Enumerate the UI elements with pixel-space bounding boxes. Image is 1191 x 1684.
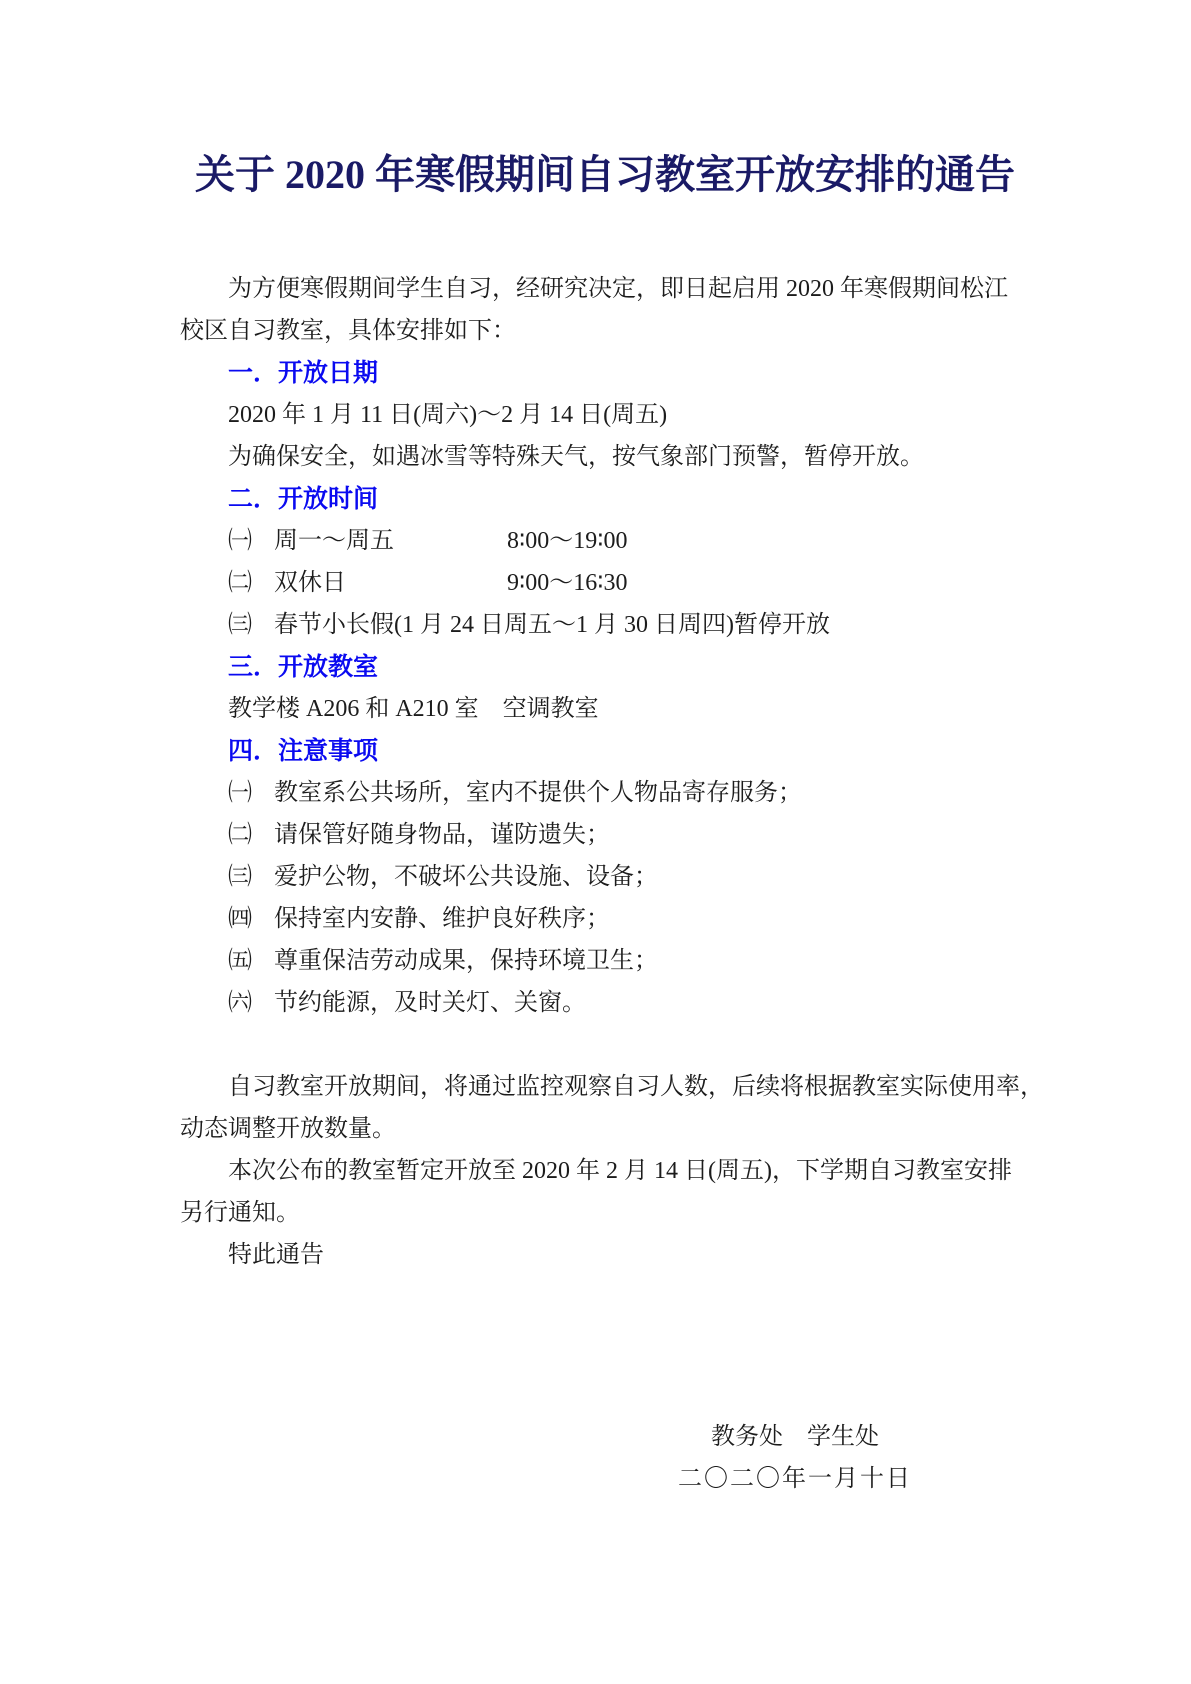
item-marker: ㈣	[228, 898, 274, 940]
hours-label: 周一～周五	[274, 520, 507, 562]
note-item-6: ㈥ 节约能源，及时关灯、关窗。	[180, 982, 1030, 1024]
section-heading-notes: 四．注意事项	[180, 730, 1030, 772]
item-marker: ㈡	[228, 814, 274, 856]
signature-departments: 教务处 学生处	[678, 1416, 912, 1458]
item-marker: ㈡	[228, 562, 274, 604]
page-title: 关于 2020 年寒假期间自习教室开放安排的通告	[180, 0, 1030, 204]
hours-time: 8∶00～19∶00	[507, 520, 628, 562]
note-item-5: ㈤ 尊重保洁劳动成果，保持环境卫生；	[180, 940, 1030, 982]
intro-line-2: 校区自习教室，具体安排如下：	[180, 310, 1030, 352]
item-marker: ㈠	[228, 520, 274, 562]
section-heading-open-rooms: 三．开放教室	[180, 646, 1030, 688]
blank-line	[180, 1024, 1030, 1066]
note-item-2: ㈡ 请保管好随身物品，谨防遗失；	[180, 814, 1030, 856]
signature-date: 二〇二〇年一月十日	[678, 1458, 912, 1500]
open-date-range: 2020 年 1 月 11 日(周六)～2 月 14 日(周五)	[180, 394, 1030, 436]
intro-line-1: 为方便寒假期间学生自习，经研究决定，即日起启用 2020 年寒假期间松江	[180, 268, 1030, 310]
hours-time: 9∶00～16∶30	[507, 562, 628, 604]
note-item-4: ㈣ 保持室内安静、维护良好秩序；	[180, 898, 1030, 940]
note-text: 节约能源，及时关灯、关窗。	[274, 982, 1030, 1024]
weather-safety-note: 为确保安全，如遇冰雪等特殊天气，按气象部门预警，暂停开放。	[180, 436, 1030, 478]
note-text: 尊重保洁劳动成果，保持环境卫生；	[274, 940, 1030, 982]
note-text: 请保管好随身物品，谨防遗失；	[274, 814, 1030, 856]
item-marker: ㈤	[228, 940, 274, 982]
note-text: 爱护公物，不破坏公共设施、设备；	[274, 856, 1030, 898]
closing-line-2: 动态调整开放数量。	[180, 1108, 1030, 1150]
section-heading-open-dates: 一．开放日期	[180, 352, 1030, 394]
hours-label: 春节小长假(1 月 24 日周五～1 月 30 日周四)暂停开放	[274, 604, 1030, 646]
closing-line-3: 本次公布的教室暂定开放至 2020 年 2 月 14 日(周五)，下学期自习教室…	[180, 1150, 1030, 1192]
item-marker: ㈢	[228, 856, 274, 898]
hours-item-weekends: ㈡ 双休日 9∶00～16∶30	[180, 562, 1030, 604]
note-item-3: ㈢ 爱护公物，不破坏公共设施、设备；	[180, 856, 1030, 898]
closing-line-1: 自习教室开放期间，将通过监控观察自习人数，后续将根据教室实际使用率，	[180, 1066, 1030, 1108]
note-text: 教室系公共场所，室内不提供个人物品寄存服务；	[274, 772, 1030, 814]
section-heading-open-hours: 二．开放时间	[180, 478, 1030, 520]
item-marker: ㈢	[228, 604, 274, 646]
notice-document: 关于 2020 年寒假期间自习教室开放安排的通告 为方便寒假期间学生自习，经研究…	[180, 0, 1030, 1500]
hours-label: 双休日	[274, 562, 507, 604]
note-text: 保持室内安静、维护良好秩序；	[274, 898, 1030, 940]
closing-line-4: 另行通知。	[180, 1192, 1030, 1234]
item-marker: ㈠	[228, 772, 274, 814]
notice-body: 为方便寒假期间学生自习，经研究决定，即日起启用 2020 年寒假期间松江 校区自…	[180, 268, 1030, 1276]
open-rooms-detail: 教学楼 A206 和 A210 室 空调教室	[180, 688, 1030, 730]
hours-item-spring-festival: ㈢ 春节小长假(1 月 24 日周五～1 月 30 日周四)暂停开放	[180, 604, 1030, 646]
closing-statement: 特此通告	[180, 1234, 1030, 1276]
note-item-1: ㈠ 教室系公共场所，室内不提供个人物品寄存服务；	[180, 772, 1030, 814]
item-marker: ㈥	[228, 982, 274, 1024]
signature-block: 教务处 学生处 二〇二〇年一月十日	[180, 1416, 1030, 1500]
hours-item-weekdays: ㈠ 周一～周五 8∶00～19∶00	[180, 520, 1030, 562]
